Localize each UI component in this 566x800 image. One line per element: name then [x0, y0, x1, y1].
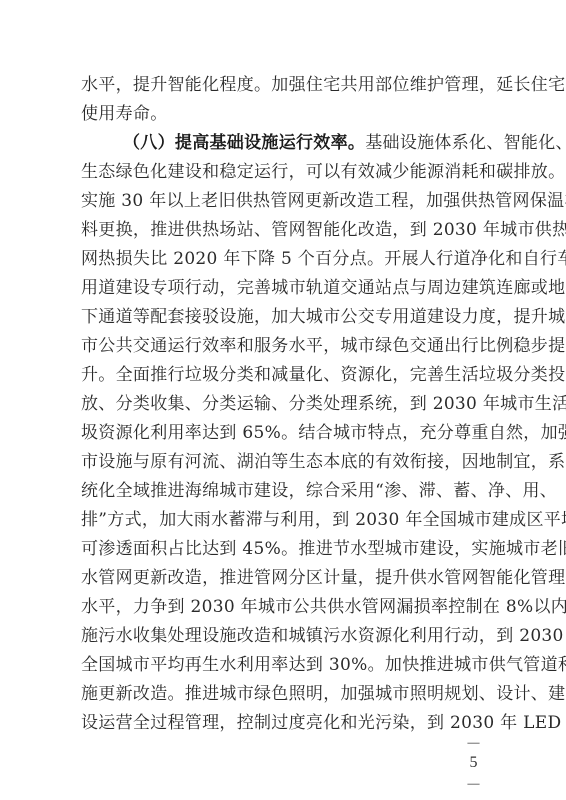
text-line: 使用寿命。	[81, 100, 485, 129]
text-line: 施污水收集处理设施改造和城镇污水资源化利用行动，到 2030 年	[81, 622, 485, 651]
text-line: 实施 30 年以上老旧供热管网更新改造工程，加强供热管网保温材	[81, 187, 485, 216]
text-line: 市设施与原有河流、湖泊等生态本底的有效衔接，因地制宜，系	[81, 448, 485, 477]
text-line: 可渗透面积占比达到 45%。推进节水型城市建设，实施城市老旧供	[81, 535, 485, 564]
text-line: 升。全面推行垃圾分类和减量化、资源化，完善生活垃圾分类投	[81, 361, 485, 390]
section-title: 提高基础设施运行效率。	[175, 133, 365, 153]
text-line: 施更新改造。推进城市绿色照明，加强城市照明规划、设计、建	[81, 680, 485, 709]
section-heading-line: （八）提高基础设施运行效率。基础设施体系化、智能化、	[81, 129, 485, 158]
text-line: 水管网更新改造，推进管网分区计量，提升供水管网智能化管理	[81, 564, 485, 593]
section-text: 基础设施体系化、智能化、	[365, 133, 566, 153]
text-line: 排”方式，加大雨水蓄滞与利用，到 2030 年全国城市建成区平均	[81, 506, 485, 535]
text-line: 圾资源化利用率达到 65%。结合城市特点，充分尊重自然，加强城	[81, 419, 485, 448]
text-line: 统化全域推进海绵城市建设，综合采用“渗、滞、蓄、净、用、	[81, 477, 485, 506]
text-line: 用道建设专项行动，完善城市轨道交通站点与周边建筑连廊或地	[81, 274, 485, 303]
text-line: 水平，提升智能化程度。加强住宅共用部位维护管理，延长住宅	[81, 71, 485, 100]
text-line: 料更换，推进供热场站、管网智能化改造，到 2030 年城市供热管	[81, 216, 485, 245]
text-line: 生态绿色化建设和稳定运行，可以有效减少能源消耗和碳排放。	[81, 158, 485, 187]
text-line: 市公共交通运行效率和服务水平，城市绿色交通出行比例稳步提	[81, 332, 485, 361]
text-line: 网热损失比 2020 年下降 5 个百分点。开展人行道净化和自行车专	[81, 245, 485, 274]
section-number: （八）	[123, 133, 175, 153]
document-page: 水平，提升智能化程度。加强住宅共用部位维护管理，延长住宅 使用寿命。 （八）提高…	[0, 0, 566, 800]
text-line: 全国城市平均再生水利用率达到 30%。加快推进城市供气管道和设	[81, 651, 485, 680]
text-line: 设运营全过程管理，控制过度亮化和光污染，到 2030 年 LED 等高	[81, 709, 485, 738]
page-number: － 5 －	[458, 731, 492, 795]
text-line: 水平，力争到 2030 年城市公共供水管网漏损率控制在 8%以内。实	[81, 593, 485, 622]
text-line: 放、分类收集、分类运输、分类处理系统，到 2030 年城市生活垃	[81, 390, 485, 419]
text-line: 下通道等配套接驳设施，加大城市公交专用道建设力度，提升城	[81, 303, 485, 332]
